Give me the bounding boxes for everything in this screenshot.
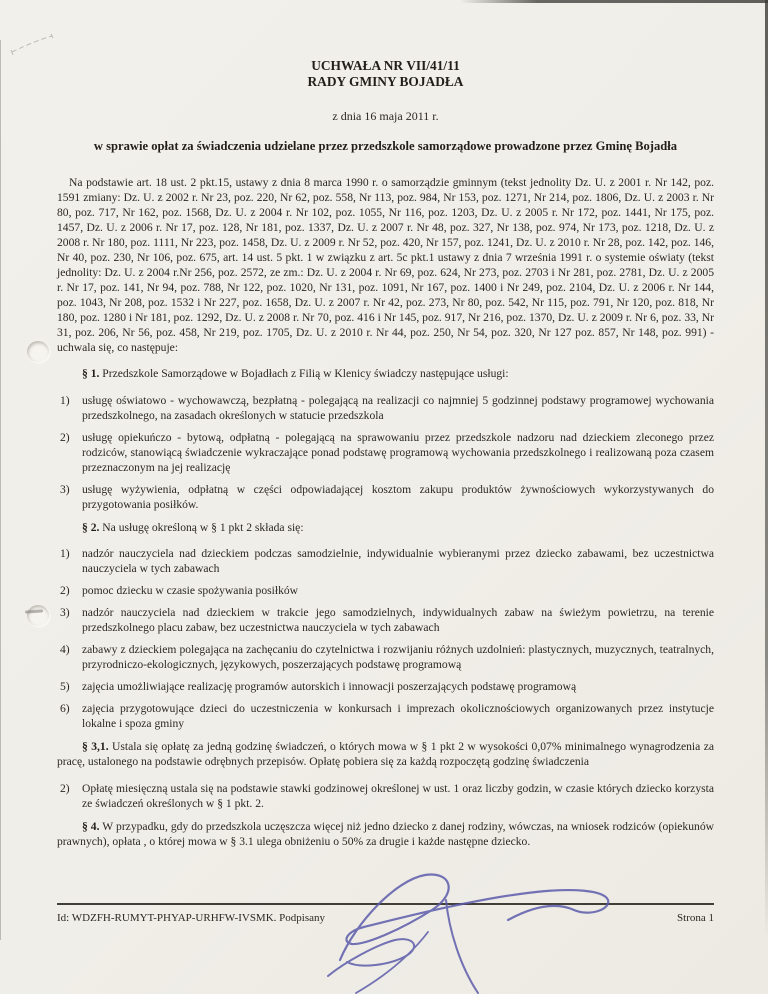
scanned-document-page: UCHWAŁA NR VII/41/11 RADY GMINY BOJADŁA … [0, 0, 768, 994]
document-body: UCHWAŁA NR VII/41/11 RADY GMINY BOJADŁA … [57, 58, 714, 860]
list-item: 1) nadzór nauczyciela nad dzieckiem podc… [57, 546, 714, 576]
list-item: 3) usługę wyżywienia, odpłatną w części … [57, 482, 714, 512]
section-2: § 2. Na usługę określoną w § 1 pkt 2 skł… [57, 520, 714, 535]
scan-edge-top [460, 0, 768, 3]
title-line-1: UCHWAŁA NR VII/41/11 [57, 58, 714, 74]
list-item-text: usługę opiekuńczo - bytową, odpłatną - p… [82, 431, 714, 474]
scan-edge-left [0, 40, 1, 940]
hole-punch-bottom [27, 605, 49, 626]
page-footer: Id: WDZFH-RUMYT-PHYAP-URHFW-IVSMK. Podpi… [57, 903, 714, 924]
list-item-text: Opłatę miesięczną ustala się na podstawi… [82, 782, 714, 810]
hole-punch-top [27, 341, 49, 362]
list-item-number: 4) [60, 642, 70, 657]
list-item-text: zajęcia umożliwiające realizację program… [82, 680, 576, 693]
list-item-text: zajęcia przygotowujące dzieci do uczestn… [82, 702, 714, 730]
list-item-text: usługę oświatowo - wychowawczą, bezpłatn… [82, 394, 714, 422]
list-item: 2) usługę opiekuńczo - bytową, odpłatną … [57, 430, 714, 475]
list-item: 6) zajęcia przygotowujące dzieci do ucze… [57, 701, 714, 731]
footer-document-id: Id: WDZFH-RUMYT-PHYAP-URHFW-IVSMK. Podpi… [57, 912, 325, 924]
document-title: UCHWAŁA NR VII/41/11 RADY GMINY BOJADŁA [57, 58, 714, 90]
list-item-number: 1) [60, 546, 70, 561]
list-item-text: usługę wyżywienia, odpłatną w części odp… [82, 483, 714, 511]
list-item-text: nadzór nauczyciela nad dzieckiem w trakc… [82, 606, 714, 634]
list-item: 2) pomoc dziecku w czasie spożywania pos… [57, 583, 714, 598]
pencil-mark [8, 30, 68, 60]
footer-page-number: Strona 1 [677, 912, 714, 924]
list-item-number: 5) [60, 679, 70, 694]
list-item-number: 2) [60, 430, 70, 445]
section-4-marker: § 4. [82, 820, 100, 833]
list-item-number: 2) [60, 781, 70, 796]
list-item: 3) nadzór nauczyciela nad dzieckiem w tr… [57, 605, 714, 635]
list-item-number: 6) [60, 701, 70, 716]
section-1: § 1. Przedszkole Samorządowe w Bojadłach… [57, 366, 714, 381]
section-3-text: Ustala się opłatę za jedną godzinę świad… [57, 740, 714, 768]
document-date: z dnia 16 maja 2011 r. [57, 109, 714, 124]
section-4-text: W przypadku, gdy do przedszkola uczęszcz… [57, 820, 714, 848]
list-item: 4) zabawy z dzieckiem polegająca na zach… [57, 642, 714, 672]
list-item: 5) zajęcia umożliwiające realizację prog… [57, 679, 714, 694]
list-item-text: pomoc dziecku w czasie spożywania posiłk… [82, 584, 298, 597]
list-item-number: 2) [60, 583, 70, 598]
section-3: § 3,1. Ustala się opłatę za jedną godzin… [57, 739, 714, 769]
section-1-marker: § 1. [82, 367, 99, 380]
section-3-marker: § 3,1. [82, 740, 109, 753]
legal-preamble: Na podstawie art. 18 ust. 2 pkt.15, usta… [57, 175, 714, 355]
list-item: 2) Opłatę miesięczną ustala się na podst… [57, 781, 714, 811]
section-4: § 4. W przypadku, gdy do przedszkola ucz… [57, 819, 714, 849]
list-item-text: nadzór nauczyciela nad dzieckiem podczas… [82, 547, 714, 575]
list-item: 1) usługę oświatowo - wychowawczą, bezpł… [57, 393, 714, 423]
section-2-text: Na usługę określoną w § 1 pkt 2 składa s… [102, 521, 303, 534]
list-item-number: 3) [60, 605, 70, 620]
section-2-marker: § 2. [82, 521, 99, 534]
list-item-number: 3) [60, 482, 70, 497]
section-1-text: Przedszkole Samorządowe w Bojadłach z Fi… [102, 367, 508, 380]
document-subject: w sprawie opłat za świadczenia udzielane… [57, 139, 714, 155]
list-item-text: zabawy z dzieckiem polegająca na zachęca… [82, 643, 714, 671]
title-line-2: RADY GMINY BOJADŁA [57, 74, 714, 90]
list-item-number: 1) [60, 393, 70, 408]
